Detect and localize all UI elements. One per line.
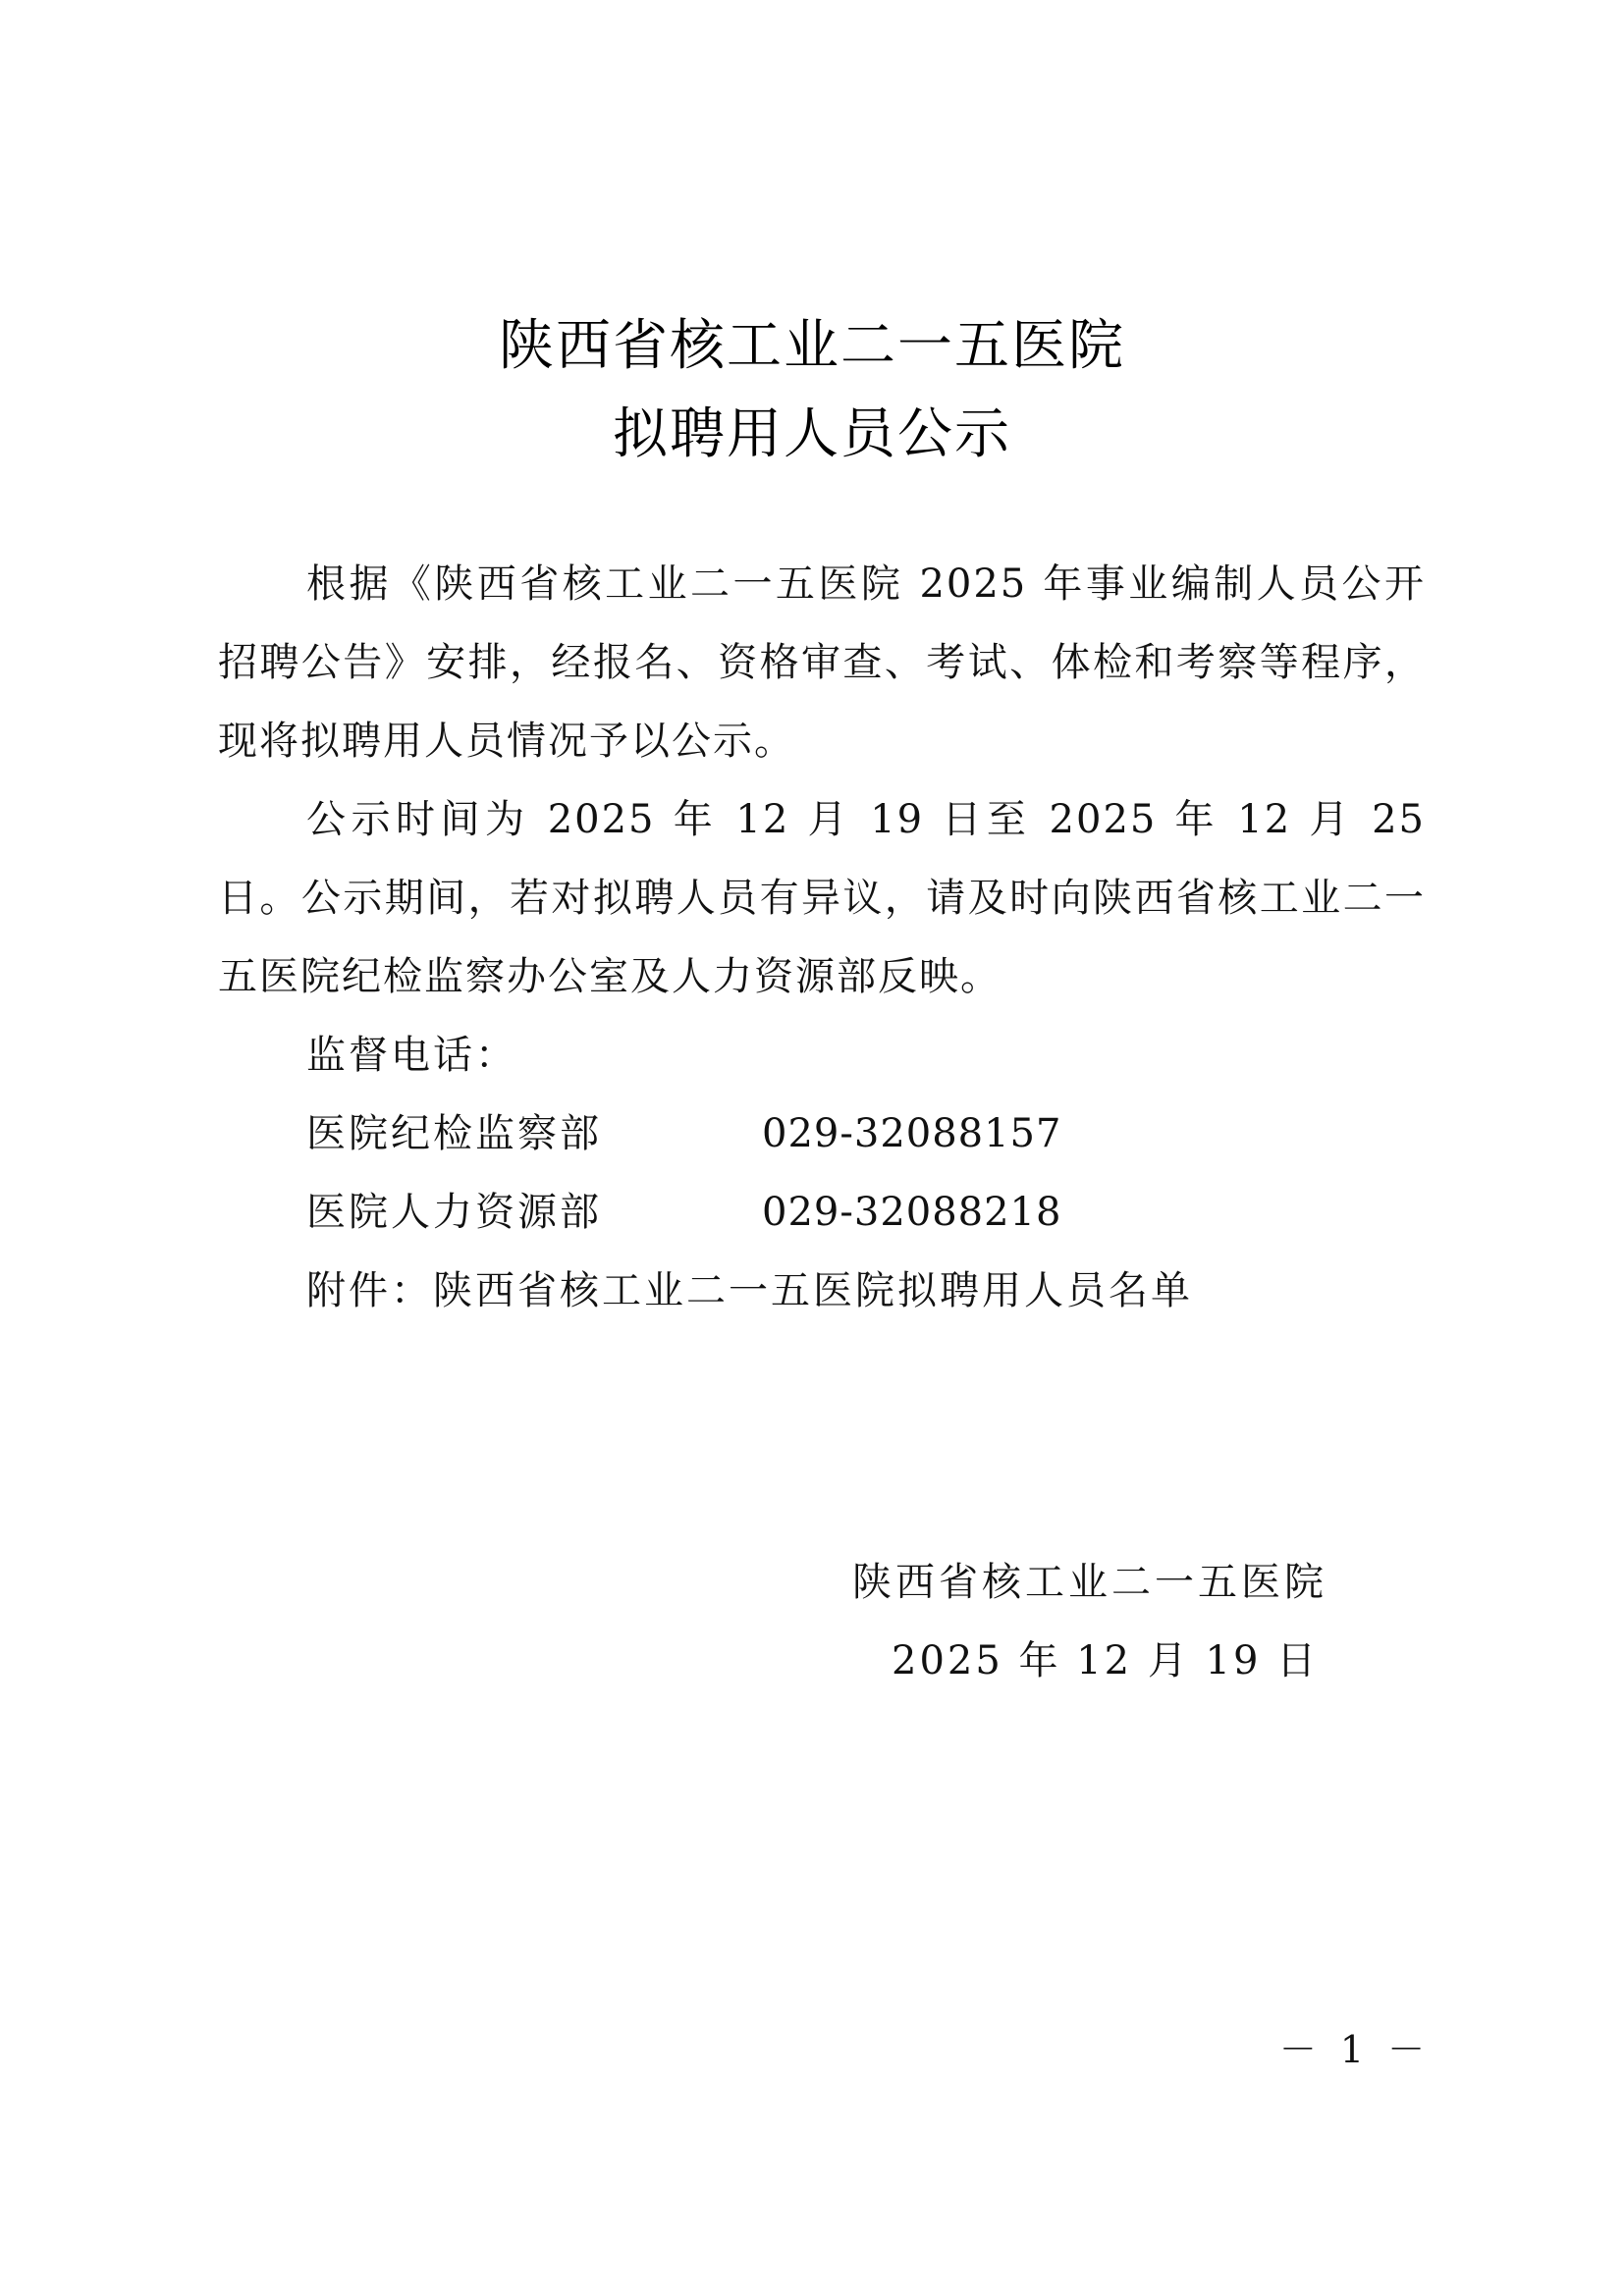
signature-date: 2025 年 12 月 19 日 bbox=[892, 1622, 1319, 1700]
body-paragraph-period: 公示时间为 2025 年 12 月 19 日至 2025 年 12 月 25 日… bbox=[218, 780, 1426, 1016]
signature-organization: 陕西省核工业二一五医院 bbox=[852, 1543, 1327, 1622]
document-page: 陕西省核工业二一五医院 拟聘用人员公示 根据《陕西省核工业二一五医院 2025 … bbox=[0, 0, 1624, 2296]
attachment-note: 附件：陕西省核工业二一五医院拟聘用人员名单 bbox=[306, 1252, 1193, 1330]
document-title-line2: 拟聘用人员公示 bbox=[0, 391, 1624, 469]
supervision-phone-label: 监督电话： bbox=[306, 1016, 517, 1095]
contact-department: 医院纪检监察部 bbox=[306, 1095, 602, 1173]
contact-phone: 029-32088218 bbox=[762, 1173, 1061, 1252]
document-title-line1: 陕西省核工业二一五医院 bbox=[0, 302, 1624, 381]
contact-row-hr: 医院人力资源部 029-32088218 bbox=[306, 1173, 1190, 1252]
body-paragraph-basis: 根据《陕西省核工业二一五医院 2025 年事业编制人员公开招聘公告》安排，经报名… bbox=[218, 545, 1426, 780]
contact-row-discipline: 医院纪检监察部 029-32088157 bbox=[306, 1095, 1190, 1173]
contact-department: 医院人力资源部 bbox=[306, 1173, 602, 1252]
contact-phone: 029-32088157 bbox=[762, 1095, 1061, 1173]
page-number: － 1 － bbox=[1276, 2020, 1434, 2079]
